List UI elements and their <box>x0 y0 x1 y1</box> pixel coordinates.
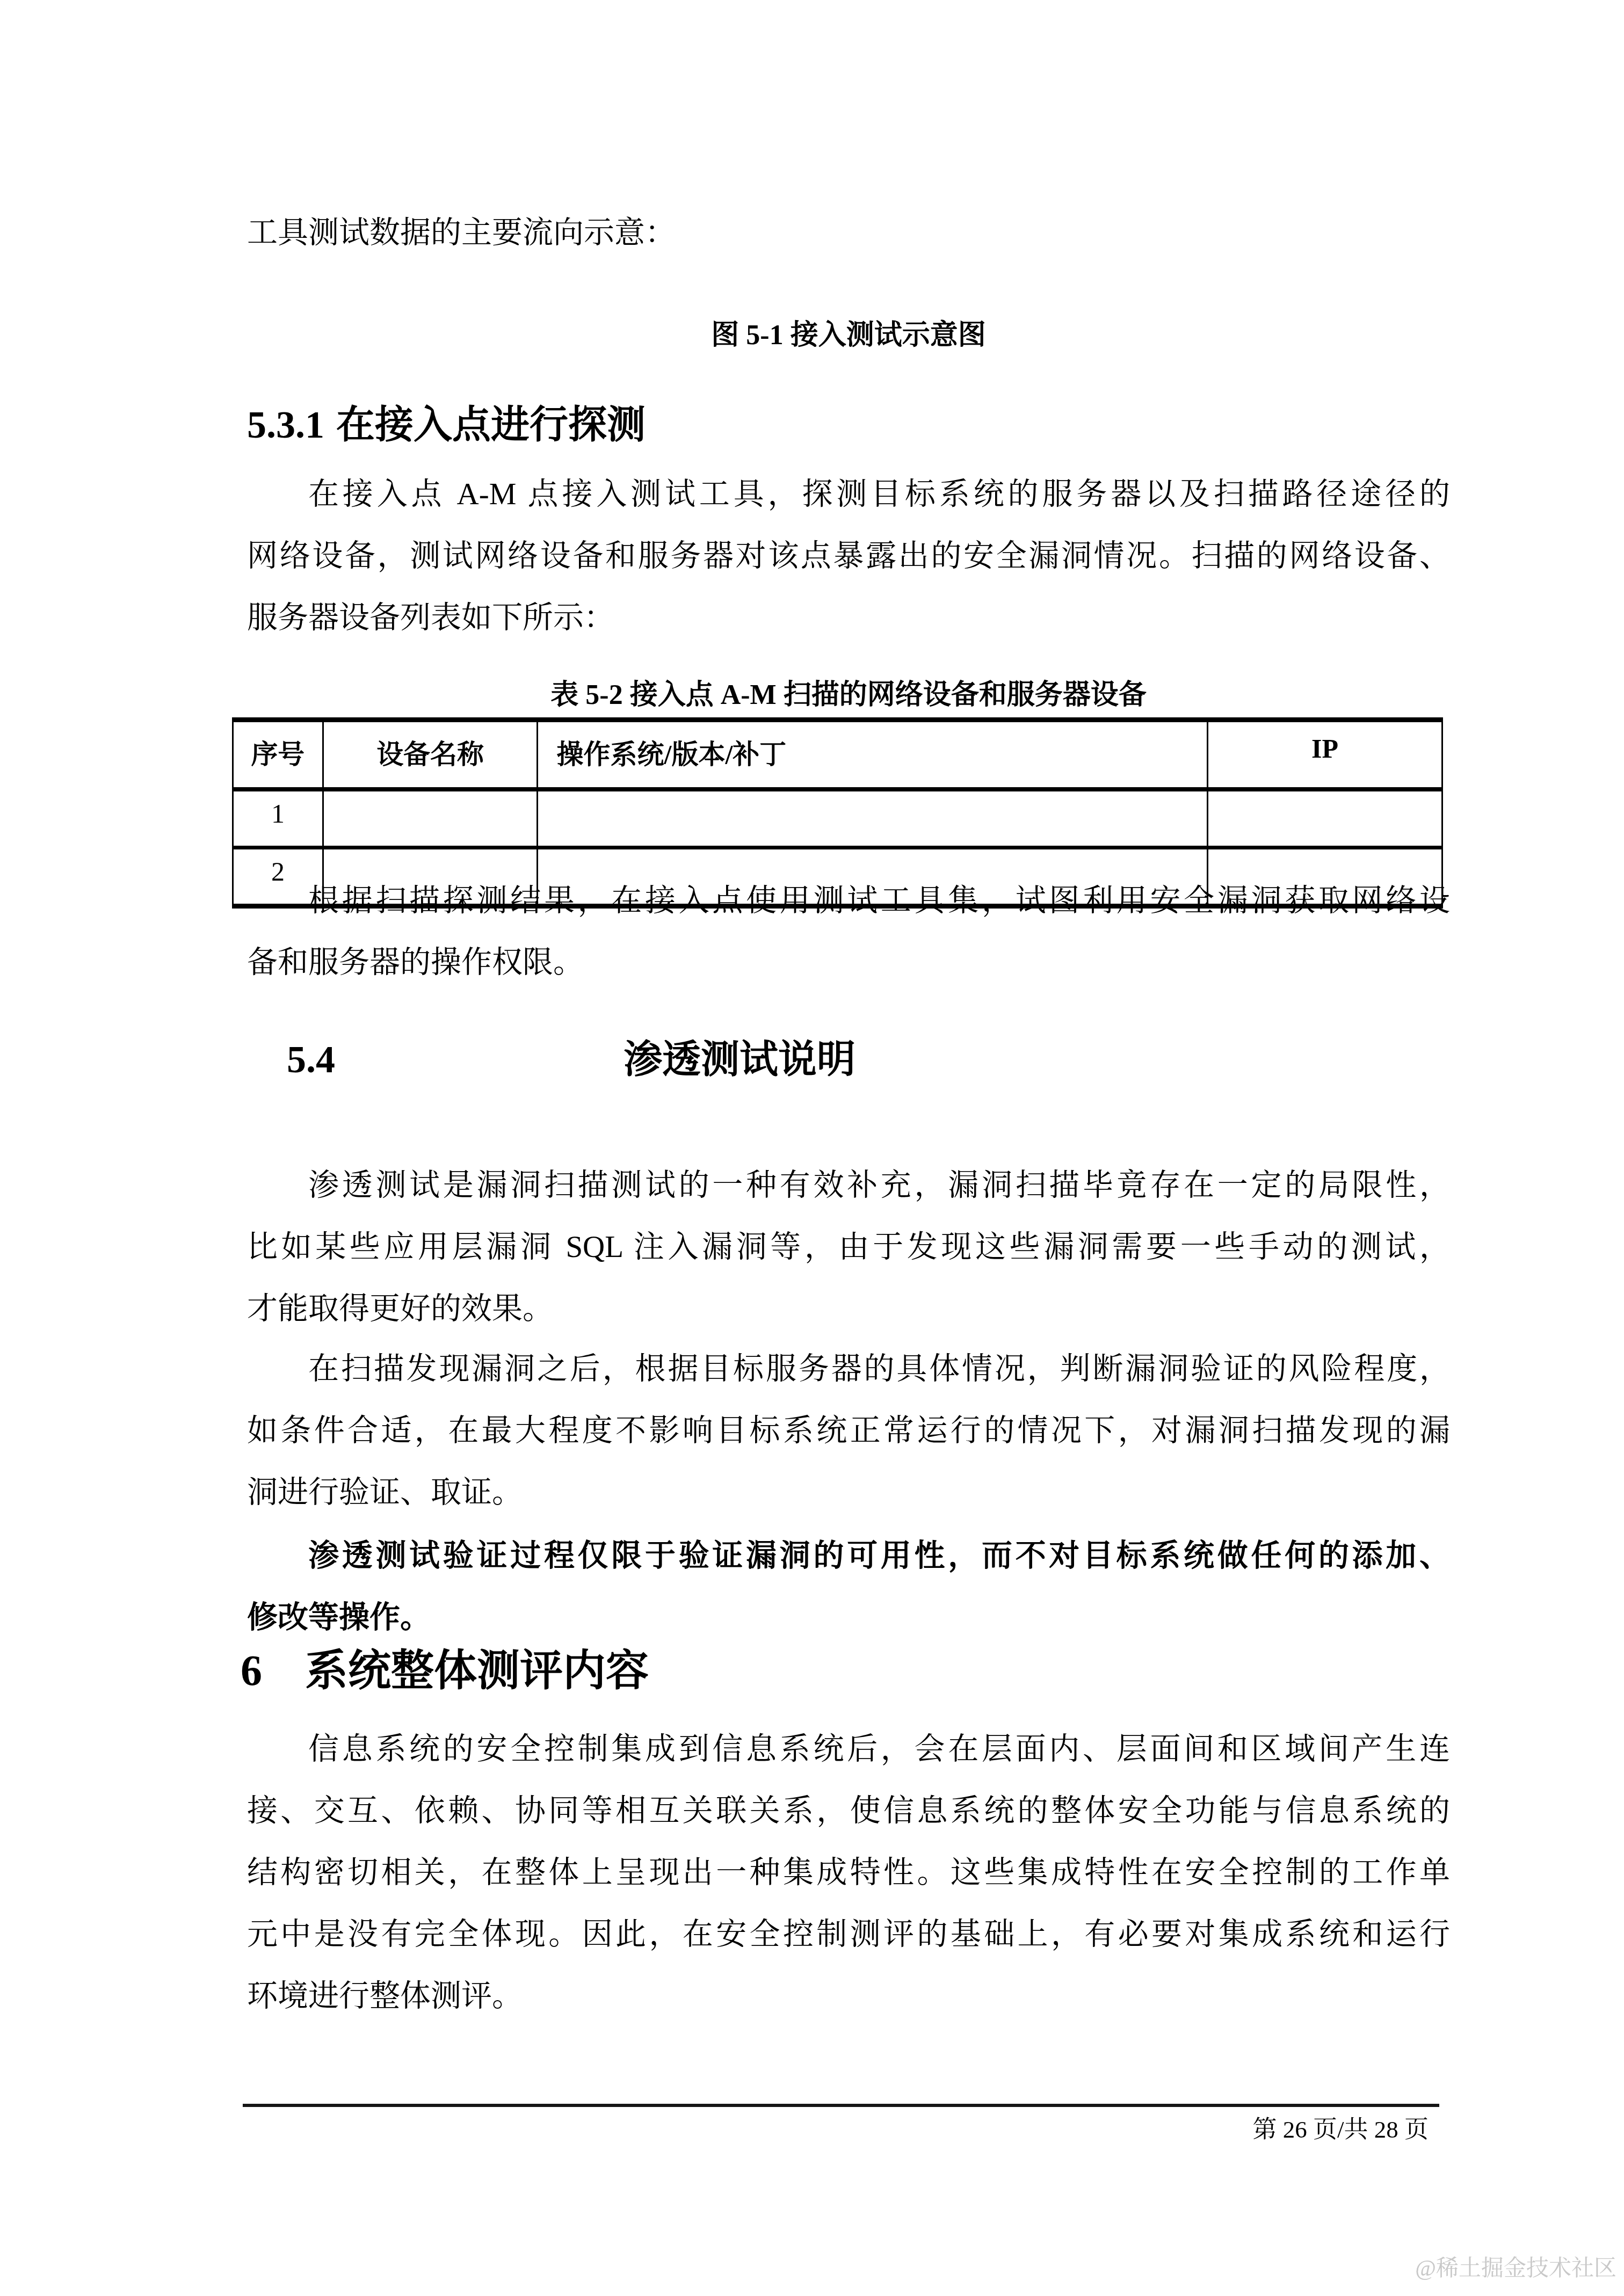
table-header-os: 操作系统/版本/补丁 <box>538 720 1208 790</box>
paragraph: 在接入点 A-M 点接入测试工具，探测目标系统的服务器以及扫描路径途径的 网络设… <box>247 463 1450 649</box>
section-heading-5-4: 5.4渗透测试说明 <box>247 1036 856 1082</box>
document-page: 工具测试数据的主要流向示意： 图 5-1 接入测试示意图 5.3.1在接入点进行… <box>0 0 1624 2296</box>
body-line: 信息系统的安全控制集成到信息系统后，会在层面内、层面间和区域间产生连 <box>247 1718 1450 1780</box>
paragraph: 根据扫描探测结果，在接入点使用测试工具集，试图利用安全漏洞获取网络设 备和服务器… <box>247 870 1450 993</box>
table-cell-seq: 1 <box>233 789 323 848</box>
table-header-row: 序号 设备名称 操作系统/版本/补丁 IP <box>233 720 1442 790</box>
figure-caption: 图 5-1 接入测试示意图 <box>247 319 1450 352</box>
body-line: 备和服务器的操作权限。 <box>247 932 1450 993</box>
body-line: 渗透测试验证过程仅限于验证漏洞的可用性，而不对目标系统做任何的添加、 <box>247 1525 1450 1587</box>
table-header-seq: 序号 <box>233 720 323 790</box>
body-line: 才能取得更好的效果。 <box>247 1278 1450 1340</box>
body-line: 如条件合适，在最大程度不影响目标系统正常运行的情况下，对漏洞扫描发现的漏 <box>247 1400 1450 1462</box>
paragraph-bold: 渗透测试验证过程仅限于验证漏洞的可用性，而不对目标系统做任何的添加、 修改等操作… <box>247 1525 1450 1648</box>
section-heading-5-3-1: 5.3.1在接入点进行探测 <box>247 402 646 448</box>
body-line: 元中是没有完全体现。因此，在安全控制测评的基础上，有必要对集成系统和运行 <box>247 1903 1450 1965</box>
body-line: 根据扫描探测结果，在接入点使用测试工具集，试图利用安全漏洞获取网络设 <box>247 870 1450 932</box>
body-line: 修改等操作。 <box>247 1587 1450 1648</box>
paragraph: 渗透测试是漏洞扫描测试的一种有效补充，漏洞扫描毕竟存在一定的局限性， 比如某些应… <box>247 1154 1450 1340</box>
chapter-heading-6: 6系统整体测评内容 <box>241 1644 649 1698</box>
section-title: 渗透测试说明 <box>624 1038 856 1081</box>
table-cell-os <box>538 789 1208 848</box>
footer-rule <box>243 2104 1439 2107</box>
body-line: 洞进行验证、取证。 <box>247 1462 1450 1523</box>
body-line: 网络设备，测试网络设备和服务器对该点暴露出的安全漏洞情况。扫描的网络设备、 <box>247 525 1450 587</box>
body-line: 在接入点 A-M 点接入测试工具，探测目标系统的服务器以及扫描路径途径的 <box>247 463 1450 525</box>
body-line: 在扫描发现漏洞之后，根据目标服务器的具体情况，判断漏洞验证的风险程度， <box>247 1338 1450 1400</box>
table-header-ip: IP <box>1208 720 1442 790</box>
body-line: 接、交互、依赖、协同等相互关联关系，使信息系统的整体安全功能与信息系统的 <box>247 1780 1450 1842</box>
table-header-device: 设备名称 <box>323 720 538 790</box>
table-caption: 表 5-2 接入点 A-M 扫描的网络设备和服务器设备 <box>247 679 1450 712</box>
paragraph: 在扫描发现漏洞之后，根据目标服务器的具体情况，判断漏洞验证的风险程度， 如条件合… <box>247 1338 1450 1523</box>
watermark: @稀土掘金技术社区 <box>1415 2255 1616 2282</box>
body-line: 环境进行整体测评。 <box>247 1965 1450 2027</box>
table-row: 1 <box>233 789 1442 848</box>
intro-line: 工具测试数据的主要流向示意： <box>247 202 1450 264</box>
body-line: 渗透测试是漏洞扫描测试的一种有效补充，漏洞扫描毕竟存在一定的局限性， <box>247 1154 1450 1216</box>
section-title: 在接入点进行探测 <box>336 403 646 446</box>
body-line: 比如某些应用层漏洞 SQL 注入漏洞等，由于发现这些漏洞需要一些手动的测试， <box>247 1216 1450 1278</box>
paragraph: 信息系统的安全控制集成到信息系统后，会在层面内、层面间和区域间产生连 接、交互、… <box>247 1718 1450 2027</box>
page-number: 第 26 页/共 28 页 <box>247 2115 1429 2145</box>
body-line: 结构密切相关，在整体上呈现出一种集成特性。这些集成特性在安全控制的工作单 <box>247 1842 1450 1903</box>
chapter-title: 系统整体测评内容 <box>305 1647 649 1695</box>
table-cell-device <box>323 789 538 848</box>
section-number: 5.3.1 <box>247 403 324 446</box>
body-line: 服务器设备列表如下所示： <box>247 587 1450 649</box>
table-cell-ip <box>1208 789 1442 848</box>
section-number: 5.4 <box>287 1038 335 1081</box>
chapter-number: 6 <box>241 1647 262 1695</box>
